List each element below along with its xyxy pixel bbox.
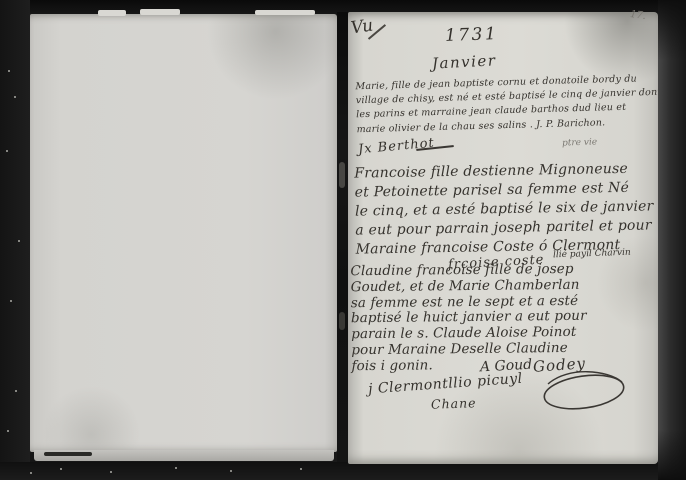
month-heading: Janvier xyxy=(432,51,497,72)
page-edge-notch xyxy=(44,452,92,456)
vicar-notation: llié payïl Charvin xyxy=(553,248,631,261)
scan-right-margin xyxy=(658,0,686,480)
inspection-vu-mark: Vu xyxy=(350,16,375,39)
book-binding-gutter xyxy=(337,12,348,462)
torn-paper-bit xyxy=(140,9,180,15)
year-heading: 1731 xyxy=(445,24,499,46)
torn-paper-bit xyxy=(98,10,126,16)
book-left-edge xyxy=(0,0,30,480)
baptism-entry-francoise: Francoise fille destienne Mignoneuse et … xyxy=(354,159,654,259)
torn-paper-bit xyxy=(255,10,315,15)
officiant-title: Chane xyxy=(431,395,477,412)
left-page-blank xyxy=(30,14,337,452)
signature-berthot: Jx Berthot xyxy=(357,136,435,158)
right-page-register: Vu 17. 1731 Janvier Marie, fille de jean… xyxy=(348,12,658,464)
scanned-register-spread: Vu 17. 1731 Janvier Marie, fille de jean… xyxy=(0,0,686,480)
folio-page-number: 17. xyxy=(629,9,646,22)
baptism-entry-marie: Marie, fille de jean baptiste cornu et d… xyxy=(355,72,662,137)
scan-bottom-band xyxy=(0,462,686,480)
signature-ptre-vie: ptre vie xyxy=(562,137,597,148)
paraph-flourish xyxy=(538,364,630,416)
officiant-signature: j Clermontllio picuyl xyxy=(368,371,524,398)
